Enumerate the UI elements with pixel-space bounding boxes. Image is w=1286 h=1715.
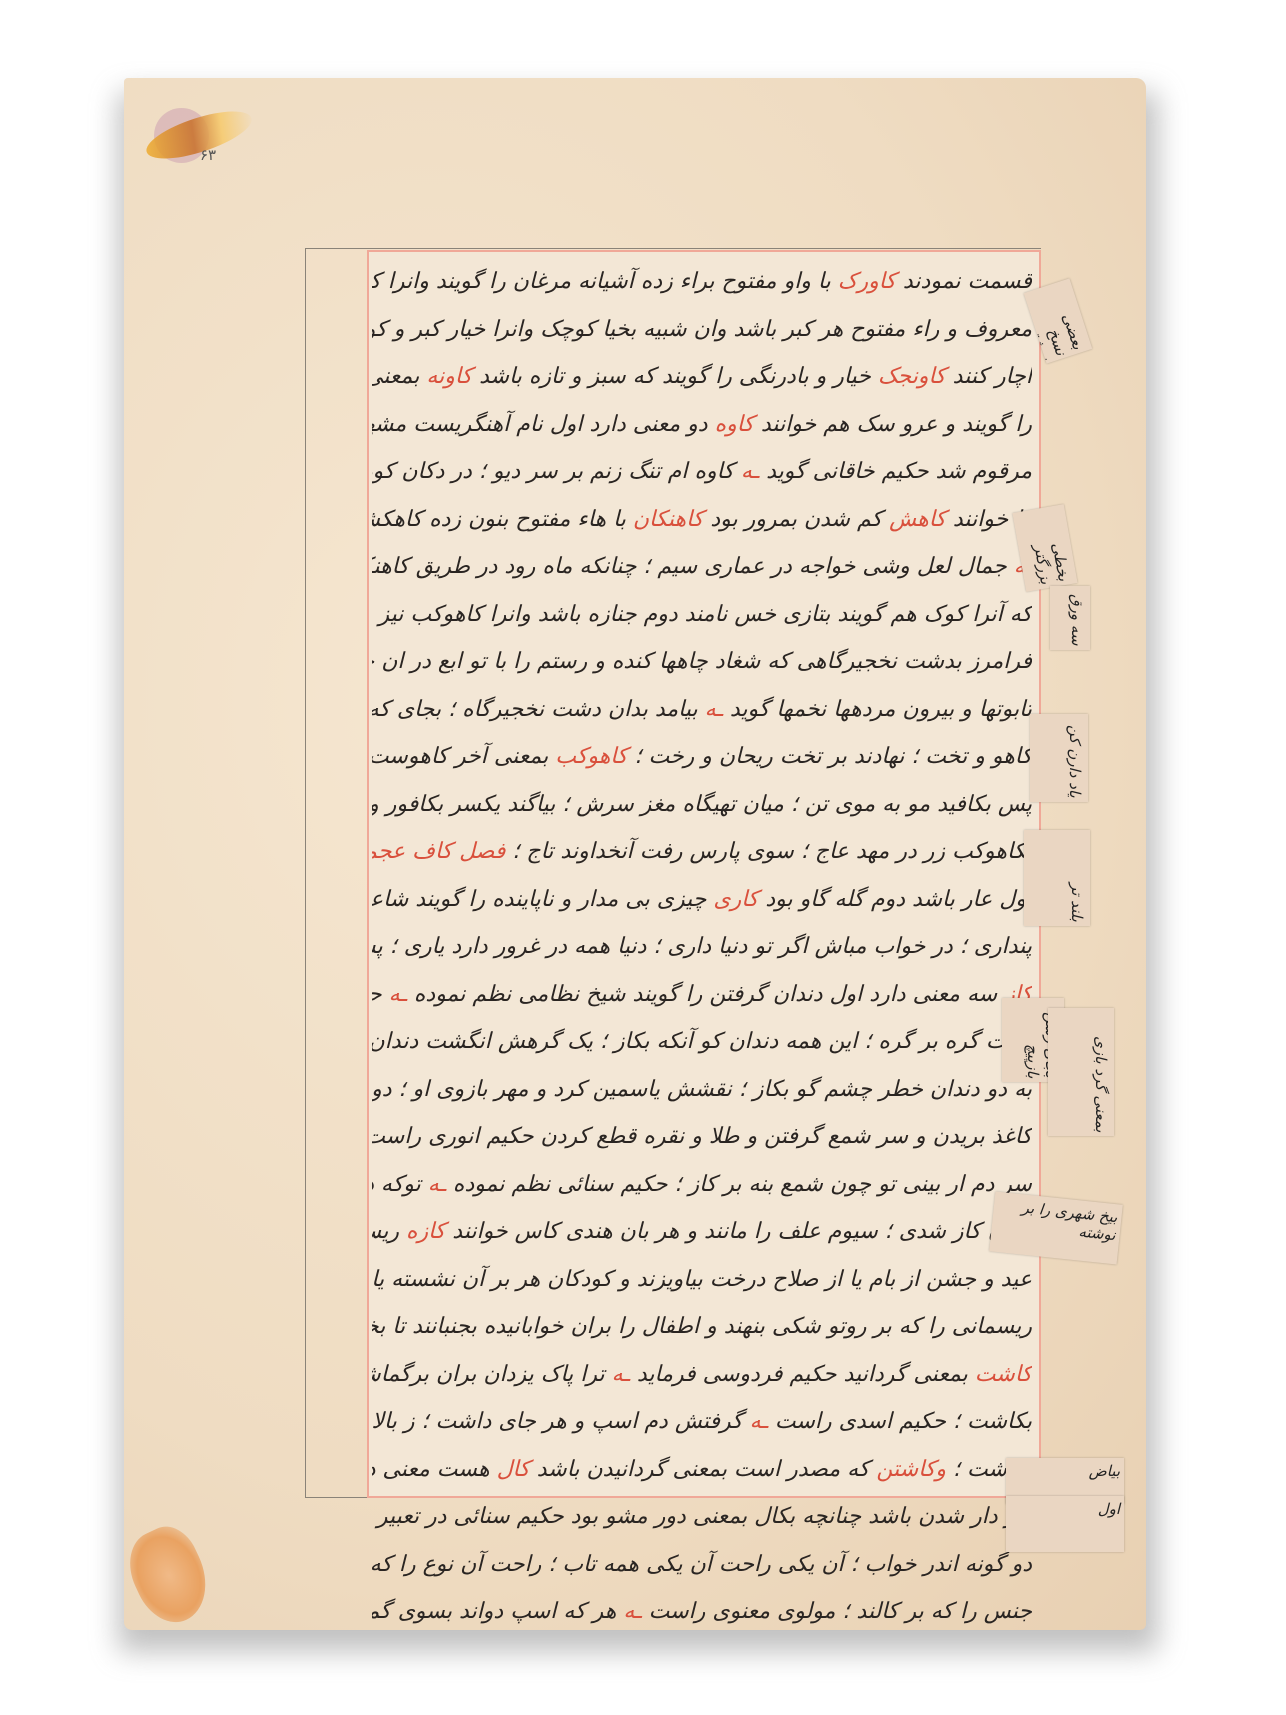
text-line: را گویند و عرو سک هم خوانند کاوه دو معنی…: [372, 401, 1032, 449]
line-text: هست معنی دارد اول بمعنی دور و دوم: [372, 1457, 497, 1482]
text-line: به دو دندان خطر چشم گو بکاز ؛ نقشش یاسمی…: [372, 1066, 1032, 1114]
line-text: سر دم ار بینی تو چون شمع بنه بر کاز ؛ حک…: [446, 1172, 1032, 1197]
text-line: کاغذ بریدن و سر شمع گرفتن و طلا و نقره ق…: [372, 1113, 1032, 1161]
margin-slip: یاد دارن کن: [1030, 714, 1088, 802]
rubric-headword: کال: [497, 1457, 530, 1482]
rubric-headword: کاری: [713, 887, 758, 912]
text-line: ریسمانی را که بر روتو شکی بنهند و اطفال …: [372, 1303, 1032, 1351]
line-text: چیزی بی مدار و ناپاینده را گویند شاعر گف…: [372, 887, 713, 912]
line-text: با واو مفتوح براء زده آشیانه مرغان را گو…: [372, 269, 838, 294]
rubric-headword: ـه: [705, 697, 723, 722]
line-text: دو گونه اندر خواب ؛ آن یکی راحت آن یکی ه…: [372, 1552, 1032, 1577]
line-text: توکه در بند حرص آز شدی ؛ همچو زر در: [372, 1172, 428, 1197]
ink-stain-top-left: [141, 102, 256, 168]
rubric-headword: ـه: [750, 1409, 768, 1434]
margin-slip: بمعنی گرد بازی: [1048, 1008, 1114, 1136]
rubric-headword: ـه: [741, 459, 759, 484]
rubric-headword: کاوه: [715, 412, 754, 437]
line-text: سه معنی دارد اول دندان گرفتن را گویند شی…: [407, 982, 1004, 1007]
line-text: خیار و بادرنگی را گویند که سبز و تازه با…: [472, 364, 878, 389]
line-text: دهان کاز شدی ؛ سیوم علف را مانند و هر با…: [445, 1219, 1032, 1244]
line-text: قسمت نمودند: [896, 269, 1032, 294]
text-line: تابوتها و بیرون مردهها نخمها گوید ـه بیا…: [372, 686, 1032, 734]
text-line: پس بکافید مو به موی تن ؛ میان تهیگاه مغز…: [372, 781, 1032, 829]
line-text: جنس را که بر کالند ؛ مولوی معنوی راست: [642, 1599, 1032, 1624]
rubric-headword: ـه: [623, 1599, 641, 1624]
line-text: اچار کنند: [946, 364, 1032, 389]
margin-slip: اول: [1006, 1496, 1124, 1552]
line-text: بمعنی کاغه است که مرقوم شد و بعضی کرم شب…: [372, 364, 426, 389]
line-text: هر که اسپ دواند بسوی گمراهی ؛ کند آن اسپ…: [372, 1599, 623, 1624]
text-line: قسمت نمودند کاورک با واو مفتوح براء زده …: [372, 258, 1032, 306]
line-text: عید و جشن از بام یا از صلاح درخت بیاویزن…: [372, 1267, 1032, 1292]
text-line: کاشت بمعنی گردانید حکیم فردوسی فرماید ـه…: [372, 1351, 1032, 1399]
margin-slip: بلند تر: [1024, 830, 1090, 926]
text-line: بکاهوکب زر در مهد عاج ؛ سوی پارس رفت آنخ…: [372, 828, 1032, 876]
rubric-headword: کاهوکب: [555, 744, 627, 769]
line-text: پس بکافید مو به موی تن ؛ میان تهیگاه مغز…: [372, 792, 1032, 817]
text-line: سر دم ار بینی تو چون شمع بنه بر کاز ؛ حک…: [372, 1161, 1032, 1209]
folio-number: ۶۳: [200, 146, 216, 164]
text-line: کاهو و تخت ؛ نهادند بر تخت ریحان و رخت ؛…: [372, 733, 1032, 781]
line-text: جمال لعل وشی خواجه در عماری سیم ؛ چنانکه…: [372, 554, 1014, 579]
line-text: کاوه ام تنگ زنم بر سر دیو ؛ در دکان کوره…: [372, 459, 741, 484]
line-text: کم شدن بمرور بود: [703, 507, 889, 532]
margin-slip: سه ورق: [1050, 586, 1090, 650]
rubric-headword: کاورک: [838, 269, 896, 294]
line-text: راز دار شدن باشد چنانچه بکال بمعنی دور م…: [372, 1504, 1032, 1529]
text-line: راز دار شدن باشد چنانچه بکال بمعنی دور م…: [372, 1493, 1032, 1541]
rubric-headword: ـه: [428, 1172, 446, 1197]
text-line: را خوانند کاهش کم شدن بمرور بود کاهنکان …: [372, 496, 1032, 544]
line-text: ریسمانی را گویند که در روز: [372, 1219, 406, 1244]
rubric-headword: کاهنکان: [633, 507, 703, 532]
rubric-headword: کازه: [406, 1219, 445, 1244]
line-text: بمعنی آخر کاهوست حکیم فردوسی گفته: [372, 744, 555, 769]
line-text: است گره بر گره ؛ این همه دندان کو آنکه ب…: [372, 1029, 1032, 1054]
text-line: دهان کاز شدی ؛ سیوم علف را مانند و هر با…: [372, 1208, 1032, 1256]
text-line: ـه جمال لعل وشی خواجه در عماری سیم ؛ چنا…: [372, 543, 1032, 591]
line-text: بکاشت ؛ حکیم اسدی راست: [768, 1409, 1032, 1434]
line-text: ترا پاک یزدان بران برگماشت ؛ بداد و ز ای…: [372, 1362, 612, 1387]
rubric-headword: ـه: [389, 982, 407, 1007]
line-text: که آنرا کوک هم گویند بتازی خس نامند دوم …: [372, 602, 1032, 627]
rubric-headword: کاهش: [889, 507, 946, 532]
water-stain-bottom-left: [117, 1518, 221, 1634]
rubric-headword: کاشت: [975, 1362, 1032, 1387]
line-text: مرقوم شد حکیم خاقانی گوید: [759, 459, 1032, 484]
line-text: فرامرز بدشت نخجیرگاهی که شغاد چاهها کنده…: [372, 649, 1032, 674]
line-text: را گویند و عرو سک هم خوانند: [754, 412, 1032, 437]
line-text: اول عار باشد دوم گله گاو بود: [758, 887, 1032, 912]
text-line: عید و جشن از بام یا از صلاح درخت بیاویزن…: [372, 1256, 1032, 1304]
rubric-headword: کاونه: [426, 364, 472, 389]
line-text: پنداری ؛ در خواب مباش اگر تو دنیا داری ؛…: [372, 934, 1032, 959]
line-text: بیامد بدان دشت نخجیرگاه ؛ بجای که کنده ب…: [372, 697, 705, 722]
text-line: اول عار باشد دوم گله گاو بود کاری چیزی ب…: [372, 876, 1032, 924]
rubric-headword: وکاشتن: [876, 1457, 946, 1482]
text-line: بکاشت ؛ وکاشتن که مصدر است بمعنی گردانید…: [372, 1446, 1032, 1494]
line-text: به دو دندان خطر چشم گو بکاز ؛ نقشش یاسمی…: [372, 1077, 1032, 1102]
text-block: قسمت نمودند کاورک با واو مفتوح براء زده …: [372, 258, 1032, 1488]
line-text: معروف و راء مفتوح هر کبر باشد وان شبیه ب…: [372, 317, 1032, 342]
text-line: بکاشت ؛ حکیم اسدی راست ـه گرفتش دم اسپ و…: [372, 1398, 1032, 1446]
text-line: دو گونه اندر خواب ؛ آن یکی راحت آن یکی ه…: [372, 1541, 1032, 1589]
line-text: که مصدر است بمعنی گردانیدن باشد: [530, 1457, 877, 1482]
text-line: است گره بر گره ؛ این همه دندان کو آنکه ب…: [372, 1018, 1032, 1066]
line-text: بمعنی گردانید حکیم فردوسی فرماید: [630, 1362, 975, 1387]
text-line: معروف و راء مفتوح هر کبر باشد وان شبیه ب…: [372, 306, 1032, 354]
line-text: بکاهوکب زر در مهد عاج ؛ سوی پارس رفت آنخ…: [505, 839, 1032, 864]
text-line: پنداری ؛ در خواب مباش اگر تو دنیا داری ؛…: [372, 923, 1032, 971]
text-line: فرامرز بدشت نخجیرگاهی که شغاد چاهها کنده…: [372, 638, 1032, 686]
text-line: کاز سه معنی دارد اول دندان گرفتن را گوین…: [372, 971, 1032, 1019]
line-text: با هاء مفتوح بنون زده کاهکشان را گویند ح…: [372, 507, 633, 532]
text-line: جنس را که بر کالند ؛ مولوی معنوی راست ـه…: [372, 1588, 1032, 1636]
text-line: مرقوم شد حکیم خاقانی گوید ـه کاوه ام تنگ…: [372, 448, 1032, 496]
line-text: گرفتش دم اسپ و هر جای داشت ؛ ز بالای سر …: [372, 1409, 750, 1434]
rubric-headword: ـه: [612, 1362, 630, 1387]
text-line: که آنرا کوک هم گویند بتازی خس نامند دوم …: [372, 591, 1032, 639]
line-text: کاهو و تخت ؛ نهادند بر تخت ریحان و رخت ؛: [628, 744, 1033, 769]
text-line: اچار کنند کاونجک خیار و بادرنگی را گویند…: [372, 353, 1032, 401]
line-text: دو معنی دارد اول نام آهنگریست مشهور و شر…: [372, 412, 715, 437]
line-text: حکم ترا در خم این نه زره ؛ رشته در: [372, 982, 389, 1007]
line-text: تابوتها و بیرون مردهها نخمها گوید: [723, 697, 1032, 722]
manuscript-page: ۶۳ قسمت نمودند کاورک با واو مفتوح براء ز…: [124, 78, 1146, 1630]
rubric-headword: کاونجک: [878, 364, 946, 389]
line-text: ریسمانی را که بر روتو شکی بنهند و اطفال …: [372, 1314, 1032, 1339]
line-text: کاغذ بریدن و سر شمع گرفتن و طلا و نقره ق…: [372, 1124, 1032, 1149]
rubric-headword: فصل کاف عجمی: [372, 839, 505, 864]
